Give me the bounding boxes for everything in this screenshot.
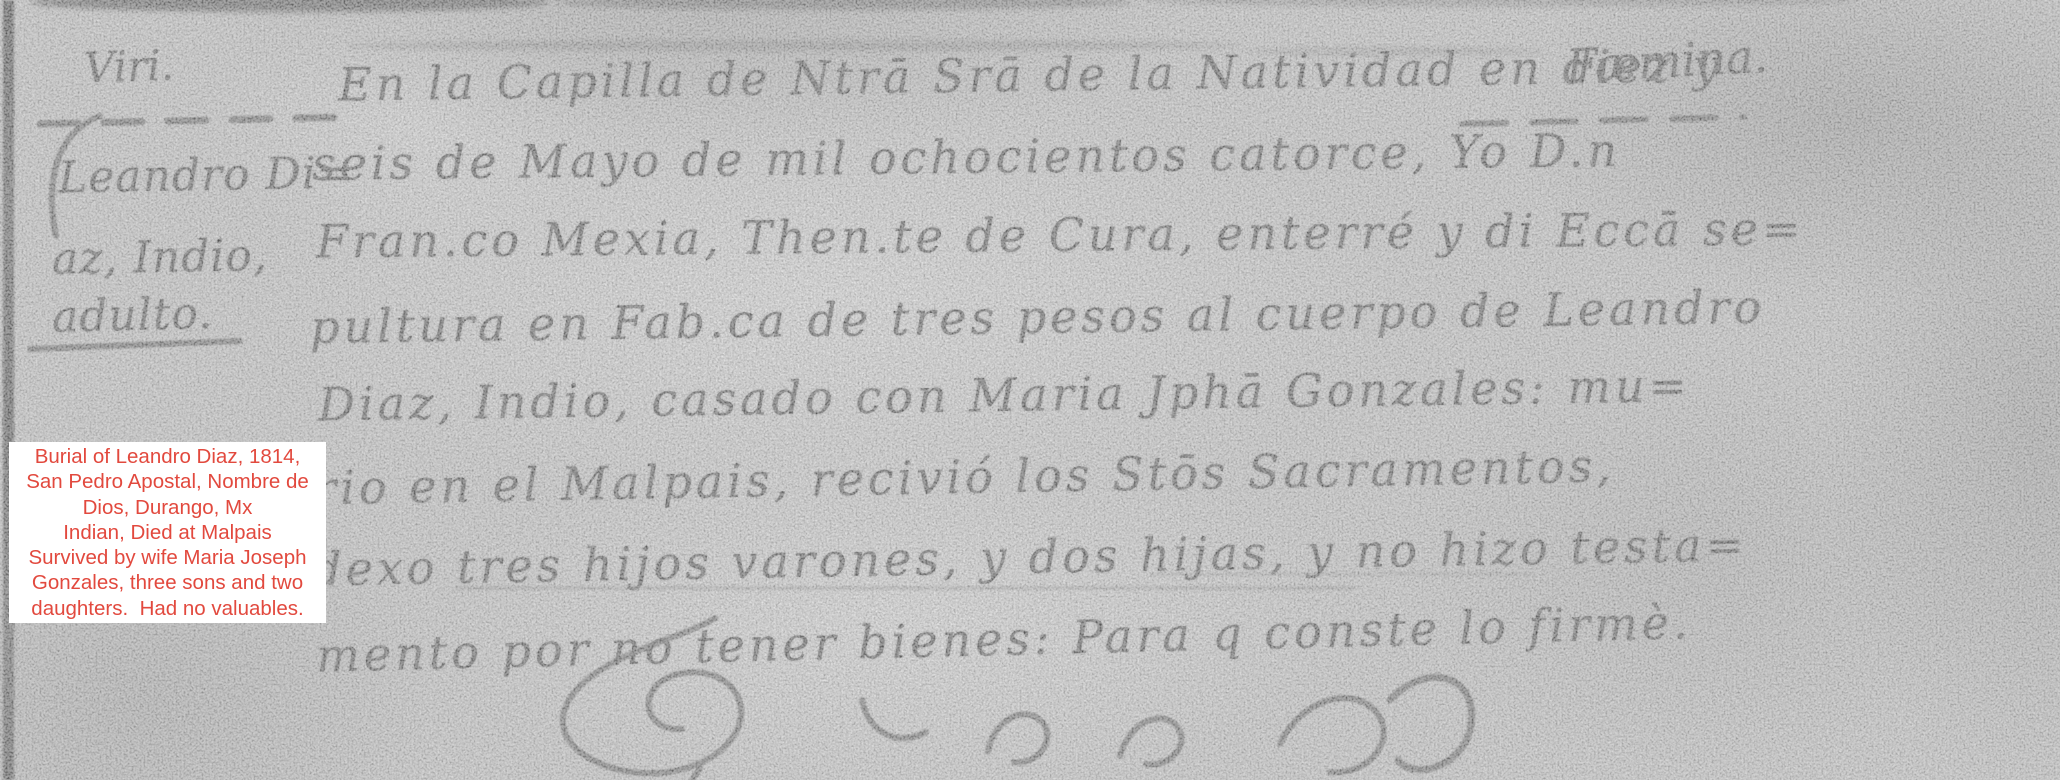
ink-flourishes [0, 0, 2060, 780]
research-annotation-box: Burial of Leandro Diaz, 1814, San Pedro … [9, 442, 326, 623]
signature-fragment [1280, 698, 1384, 772]
signature-fragment [1390, 677, 1472, 769]
signature-fragment [1120, 718, 1182, 764]
femina-dashed-rule [1462, 117, 1744, 124]
annotation-line: Indian, Died at Malpais [63, 520, 272, 545]
annotation-line: San Pedro Apostal, Nombre de [26, 469, 309, 494]
rubric-flourish [563, 618, 741, 773]
margin-brace-stroke [52, 116, 100, 236]
annotation-line: Gonzales, three sons and two [32, 570, 303, 595]
adulto-underline [30, 341, 240, 349]
burial-record-scan: Viri. Leandro Di= az, Indio, adulto. Fæm… [0, 0, 2060, 780]
annotation-line: Survived by wife Maria Joseph [28, 545, 306, 570]
signature-fragment [988, 714, 1047, 762]
annotation-line: Dios, Durango, Mx [83, 495, 253, 520]
annotation-line: Burial of Leandro Diaz, 1814, [35, 444, 301, 469]
signature-fragment [862, 700, 926, 738]
rubric-flourish-tail [692, 768, 700, 780]
annotation-line: daughters. Had no valuables. [31, 596, 303, 621]
